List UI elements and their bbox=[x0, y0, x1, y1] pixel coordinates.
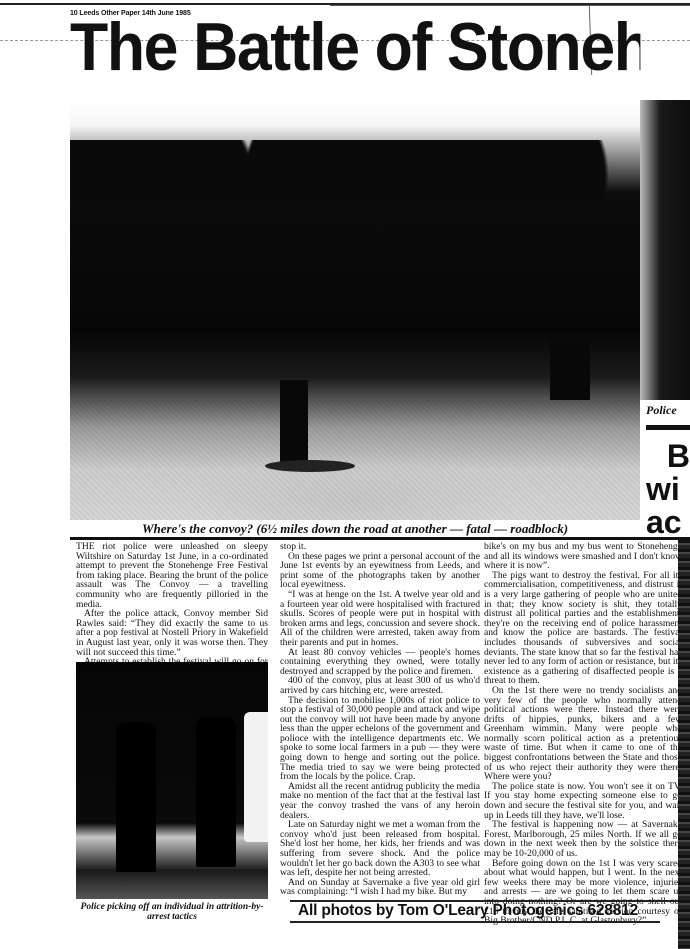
page-headline: The Battle of Stoneh bbox=[70, 14, 640, 80]
credit-rule-bottom bbox=[290, 921, 660, 923]
adjacent-page-headline: B wi ac bbox=[646, 440, 690, 539]
adjacent-page-caption: Police bbox=[646, 403, 690, 418]
article-paragraph: 400 of the convoy, plus at least 300 of … bbox=[280, 676, 480, 695]
article-paragraph: The pigs want to destroy the festival. F… bbox=[484, 571, 682, 686]
adjacent-page-photo bbox=[640, 100, 690, 400]
small-photo-arrest bbox=[76, 662, 268, 899]
top-border-rule-secondary bbox=[330, 5, 690, 6]
photo-tree-trunk bbox=[280, 380, 308, 470]
torn-page-edge bbox=[678, 540, 690, 949]
article-paragraph: On these pages we print a personal accou… bbox=[280, 552, 480, 590]
photo-credit: All photos by Tom O'Leary Photogenics 62… bbox=[298, 902, 638, 920]
article-column-3: bike's on my bus and my bus went to Ston… bbox=[484, 542, 682, 926]
article-paragraph: The decision to mobilise 1,000s of riot … bbox=[280, 696, 480, 782]
photo-figures-right bbox=[550, 340, 590, 400]
main-photo-police-line bbox=[70, 100, 640, 520]
article-column-2: stop it. On these pages we print a perso… bbox=[280, 542, 480, 897]
article-paragraph: The police state is now. You won't see i… bbox=[484, 782, 682, 820]
article-paragraph: On the 1st there were no trendy socialis… bbox=[484, 686, 682, 782]
article-paragraph: bike's on my bus and my bus went to Ston… bbox=[484, 542, 682, 571]
adjacent-headline-line-3: ac bbox=[646, 506, 690, 539]
adjacent-page-rule bbox=[646, 425, 690, 430]
article-paragraph: Late on Saturday night we met a woman fr… bbox=[280, 820, 480, 878]
photo-figure-officer bbox=[116, 722, 156, 872]
main-photo-caption: Where's the convoy? (6½ miles down the r… bbox=[70, 521, 640, 537]
article-paragraph: After the police attack, Convoy member S… bbox=[76, 609, 268, 657]
article-paragraph: “I was at henge on the 1st. A twelve yea… bbox=[280, 590, 480, 648]
photo-shadow bbox=[265, 460, 355, 472]
article-paragraph: The festival is happening now — at Saver… bbox=[484, 820, 682, 858]
photo-ground bbox=[70, 400, 640, 520]
article-paragraph: Amidst all the recent antidrug publicity… bbox=[280, 782, 480, 820]
article-paragraph: At least 80 convoy vehicles — people's h… bbox=[280, 648, 480, 677]
small-photo-caption: Police picking off an individual in attr… bbox=[76, 902, 268, 922]
article-column-1: THE riot police were unleashed on sleepy… bbox=[76, 542, 268, 676]
adjacent-headline-line-2: wi bbox=[646, 473, 690, 506]
article-paragraph: THE riot police were unleashed on sleepy… bbox=[76, 542, 268, 609]
photo-figure-officer bbox=[196, 717, 236, 867]
adjacent-headline-line-1: B bbox=[646, 440, 690, 473]
caption-divider-rule bbox=[70, 537, 690, 540]
article-paragraph: And on Sunday at Savernake a five year o… bbox=[280, 878, 480, 897]
photo-foliage bbox=[70, 140, 640, 200]
photo-van bbox=[244, 712, 268, 842]
